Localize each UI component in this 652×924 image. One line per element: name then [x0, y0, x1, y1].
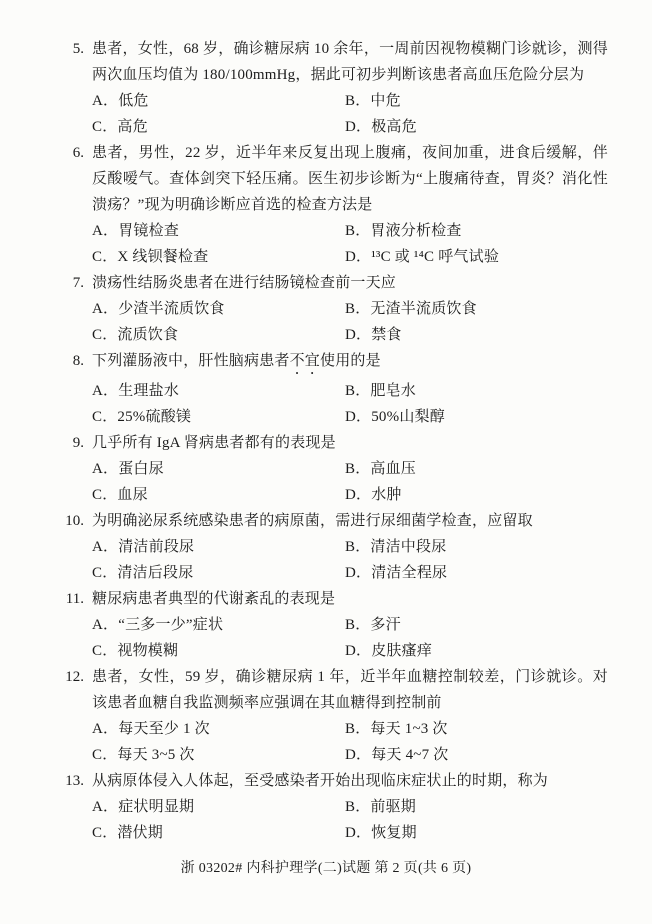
option-d: D．禁食 — [345, 322, 608, 348]
exam-page: 5. 患者，女性，68 岁，确诊糖尿病 10 余年，一周前因视物模糊门诊就诊，测… — [0, 0, 652, 924]
question-13: 13. 从病原体侵入人体起，至受感染者开始出现临床症状止的时期，称为 A．症状明… — [54, 768, 608, 846]
question-5: 5. 患者，女性，68 岁，确诊糖尿病 10 余年，一周前因视物模糊门诊就诊，测… — [54, 36, 608, 140]
options: A．症状明显期 B．前驱期 C．潜伏期 D．恢复期 — [92, 794, 608, 846]
question-12: 12. 患者，女性，59 岁，确诊糖尿病 1 年，近半年血糖控制较差，门诊就诊。… — [54, 664, 608, 768]
option-b: B．多汗 — [345, 612, 608, 638]
options: A．生理盐水 B．肥皂水 C．25%硫酸镁 D．50%山梨醇 — [92, 378, 608, 430]
option-b: B．清洁中段尿 — [345, 534, 608, 560]
options: A．少渣半流质饮食 B．无渣半流质饮食 C．流质饮食 D．禁食 — [92, 296, 608, 348]
question-text: 从病原体侵入人体起，至受感染者开始出现临床症状止的时期，称为 — [92, 768, 608, 794]
question-body: 从病原体侵入人体起，至受感染者开始出现临床症状止的时期，称为 A．症状明显期 B… — [92, 768, 608, 846]
option-d: D．恢复期 — [345, 820, 608, 846]
option-a: A．胃镜检查 — [92, 218, 345, 244]
question-text: 几乎所有 IgA 肾病患者都有的表现是 — [92, 430, 608, 456]
option-d: D．清洁全程尿 — [345, 560, 608, 586]
question-number: 9. — [54, 430, 84, 456]
option-c: C．视物模糊 — [92, 638, 345, 664]
question-7: 7. 溃疡性结肠炎患者在进行结肠镜检查前一天应 A．少渣半流质饮食 B．无渣半流… — [54, 270, 608, 348]
option-d: D．极高危 — [345, 114, 608, 140]
options: A．每天至少 1 次 B．每天 1~3 次 C．每天 3~5 次 D．每天 4~… — [92, 716, 608, 768]
options: A．蛋白尿 B．高血压 C．血尿 D．水肿 — [92, 456, 608, 508]
question-number: 10. — [54, 508, 84, 534]
question-number: 12. — [54, 664, 84, 690]
option-a: A．生理盐水 — [92, 378, 345, 404]
question-body: 患者，女性，68 岁，确诊糖尿病 10 余年，一周前因视物模糊门诊就诊，测得两次… — [92, 36, 608, 140]
question-9: 9. 几乎所有 IgA 肾病患者都有的表现是 A．蛋白尿 B．高血压 C．血尿 … — [54, 430, 608, 508]
question-number: 5. — [54, 36, 84, 62]
option-c: C．潜伏期 — [92, 820, 345, 846]
option-d: D．每天 4~7 次 — [345, 742, 608, 768]
question-6: 6. 患者，男性，22 岁，近半年来反复出现上腹痛，夜间加重，进食后缓解，伴反酸… — [54, 140, 608, 270]
question-number: 8. — [54, 348, 84, 374]
option-a: A．蛋白尿 — [92, 456, 345, 482]
question-number: 7. — [54, 270, 84, 296]
options: A．胃镜检查 B．胃液分析检查 C．X 线钡餐检查 D．¹³C 或 ¹⁴C 呼气… — [92, 218, 608, 270]
question-body: 患者，男性，22 岁，近半年来反复出现上腹痛，夜间加重，进食后缓解，伴反酸嗳气。… — [92, 140, 608, 270]
footer-text: 浙 03202# 内科护理学(二)试题 第 2 页(共 6 页) — [181, 861, 472, 876]
question-body: 患者，女性，59 岁，确诊糖尿病 1 年，近半年血糖控制较差，门诊就诊。对该患者… — [92, 664, 608, 768]
option-b: B．无渣半流质饮食 — [345, 296, 608, 322]
question-body: 糖尿病患者典型的代谢紊乱的表现是 A．“三多一少”症状 B．多汗 C．视物模糊 … — [92, 586, 608, 664]
question-text-emphasized: 不宜 — [290, 353, 320, 369]
option-c: C．X 线钡餐检查 — [92, 244, 345, 270]
option-c: C．流质饮食 — [92, 322, 345, 348]
page-footer: 浙 03202# 内科护理学(二)试题 第 2 页(共 6 页) — [0, 858, 652, 880]
question-text: 下列灌肠液中，肝性脑病患者不宜使用的是 — [92, 348, 608, 378]
options: A．低危 B．中危 C．高危 D．极高危 — [92, 88, 608, 140]
question-11: 11. 糖尿病患者典型的代谢紊乱的表现是 A．“三多一少”症状 B．多汗 C．视… — [54, 586, 608, 664]
options: A．清洁前段尿 B．清洁中段尿 C．清洁后段尿 D．清洁全程尿 — [92, 534, 608, 586]
option-d: D．¹³C 或 ¹⁴C 呼气试验 — [345, 244, 608, 270]
question-text: 溃疡性结肠炎患者在进行结肠镜检查前一天应 — [92, 270, 608, 296]
option-c: C．血尿 — [92, 482, 345, 508]
option-b: B．前驱期 — [345, 794, 608, 820]
question-text: 为明确泌尿系统感染患者的病原菌，需进行尿细菌学检查，应留取 — [92, 508, 608, 534]
question-body: 为明确泌尿系统感染患者的病原菌，需进行尿细菌学检查，应留取 A．清洁前段尿 B．… — [92, 508, 608, 586]
option-a: A．少渣半流质饮食 — [92, 296, 345, 322]
option-d: D．皮肤瘙痒 — [345, 638, 608, 664]
question-list: 5. 患者，女性，68 岁，确诊糖尿病 10 余年，一周前因视物模糊门诊就诊，测… — [0, 0, 652, 846]
question-text: 患者，女性，59 岁，确诊糖尿病 1 年，近半年血糖控制较差，门诊就诊。对该患者… — [92, 664, 608, 716]
question-number: 13. — [54, 768, 84, 794]
option-a: A．“三多一少”症状 — [92, 612, 345, 638]
question-text-post: 使用的是 — [320, 353, 381, 369]
option-b: B．中危 — [345, 88, 608, 114]
option-d: D．水肿 — [345, 482, 608, 508]
option-b: B．胃液分析检查 — [345, 218, 608, 244]
option-d: D．50%山梨醇 — [345, 404, 608, 430]
option-a: A．每天至少 1 次 — [92, 716, 345, 742]
option-c: C．清洁后段尿 — [92, 560, 345, 586]
options: A．“三多一少”症状 B．多汗 C．视物模糊 D．皮肤瘙痒 — [92, 612, 608, 664]
option-b: B．肥皂水 — [345, 378, 608, 404]
option-c: C．高危 — [92, 114, 345, 140]
option-a: A．症状明显期 — [92, 794, 345, 820]
question-body: 溃疡性结肠炎患者在进行结肠镜检查前一天应 A．少渣半流质饮食 B．无渣半流质饮食… — [92, 270, 608, 348]
question-10: 10. 为明确泌尿系统感染患者的病原菌，需进行尿细菌学检查，应留取 A．清洁前段… — [54, 508, 608, 586]
option-b: B．高血压 — [345, 456, 608, 482]
question-number: 11. — [54, 586, 84, 612]
question-8: 8. 下列灌肠液中，肝性脑病患者不宜使用的是 A．生理盐水 B．肥皂水 C．25… — [54, 348, 608, 430]
option-b: B．每天 1~3 次 — [345, 716, 608, 742]
question-text-pre: 下列灌肠液中，肝性脑病患者 — [92, 353, 290, 369]
question-text: 糖尿病患者典型的代谢紊乱的表现是 — [92, 586, 608, 612]
question-body: 几乎所有 IgA 肾病患者都有的表现是 A．蛋白尿 B．高血压 C．血尿 D．水… — [92, 430, 608, 508]
question-text: 患者，男性，22 岁，近半年来反复出现上腹痛，夜间加重，进食后缓解，伴反酸嗳气。… — [92, 140, 608, 218]
question-text: 患者，女性，68 岁，确诊糖尿病 10 余年，一周前因视物模糊门诊就诊，测得两次… — [92, 36, 608, 88]
question-body: 下列灌肠液中，肝性脑病患者不宜使用的是 A．生理盐水 B．肥皂水 C．25%硫酸… — [92, 348, 608, 430]
option-c: C．25%硫酸镁 — [92, 404, 345, 430]
option-c: C．每天 3~5 次 — [92, 742, 345, 768]
question-number: 6. — [54, 140, 84, 166]
option-a: A．清洁前段尿 — [92, 534, 345, 560]
option-a: A．低危 — [92, 88, 345, 114]
